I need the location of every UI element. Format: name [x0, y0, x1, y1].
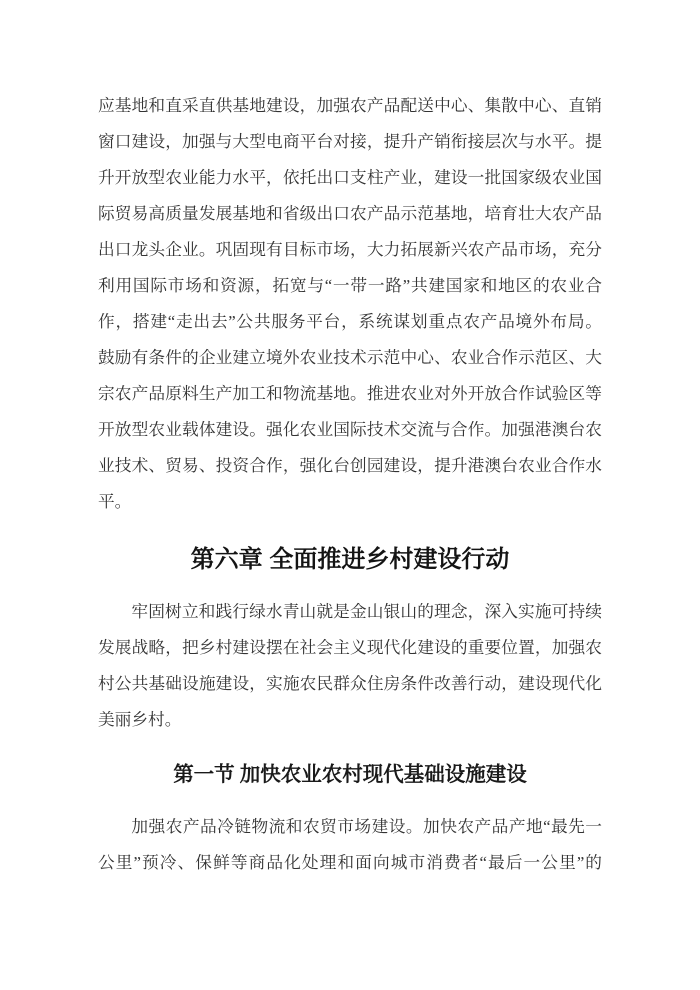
text-line: 业技术、贸易、投资合作，强化台创园建设，提升港澳台农业合作水 — [98, 448, 602, 484]
text-line: 村公共基础设施建设，实施农民群众住房条件改善行动，建设现代化 — [98, 666, 602, 702]
text-line: 平。 — [98, 484, 602, 520]
text-line: 宗农产品原料生产加工和物流基地。推进农业对外开放合作试验区等 — [98, 376, 602, 412]
text-line: 鼓励有条件的企业建立境外农业技术示范中心、农业合作示范区、大 — [98, 340, 602, 376]
text-line: 发展战略，把乡村建设摆在社会主义现代化建设的重要位置，加强农 — [98, 630, 602, 666]
text-line: 加强农产品冷链物流和农贸市场建设。加快农产品产地“最先一 — [98, 809, 602, 845]
section-heading: 第一节 加快农业农村现代基础设施建设 — [0, 760, 700, 790]
chapter-heading: 第六章 全面推进乡村建设行动 — [0, 543, 700, 577]
paragraph-continued: 应基地和直采直供基地建设，加强农产品配送中心、集散中心、直销 窗口建设，加强与大… — [98, 88, 602, 520]
text-line: 牢固树立和践行绿水青山就是金山银山的理念，深入实施可持续 — [98, 594, 602, 630]
text-line: 出口龙头企业。巩固现有目标市场，大力拓展新兴农产品市场，充分 — [98, 232, 602, 268]
document-page: 应基地和直采直供基地建设，加强农产品配送中心、集散中心、直销 窗口建设，加强与大… — [0, 0, 700, 990]
text-line: 际贸易高质量发展基地和省级出口农产品示范基地，培育壮大农产品 — [98, 196, 602, 232]
text-line: 开放型农业载体建设。强化农业国际技术交流与合作。加强港澳台农 — [98, 412, 602, 448]
text-line: 窗口建设，加强与大型电商平台对接，提升产销衔接层次与水平。提 — [98, 124, 602, 160]
text-line: 公里”预冷、保鲜等商品化处理和面向城市消费者“最后一公里”的 — [98, 845, 602, 881]
paragraph-section-body: 加强农产品冷链物流和农贸市场建设。加快农产品产地“最先一 公里”预冷、保鲜等商品… — [98, 809, 602, 881]
paragraph-chapter-intro: 牢固树立和践行绿水青山就是金山银山的理念，深入实施可持续 发展战略，把乡村建设摆… — [98, 594, 602, 738]
text-line: 应基地和直采直供基地建设，加强农产品配送中心、集散中心、直销 — [98, 88, 602, 124]
text-line: 美丽乡村。 — [98, 702, 602, 738]
text-line: 利用国际市场和资源，拓宽与“一带一路”共建国家和地区的农业合 — [98, 268, 602, 304]
text-line: 升开放型农业能力水平，依托出口支柱产业，建设一批国家级农业国 — [98, 160, 602, 196]
text-line: 作，搭建“走出去”公共服务平台，系统谋划重点农产品境外布局。 — [98, 304, 602, 340]
